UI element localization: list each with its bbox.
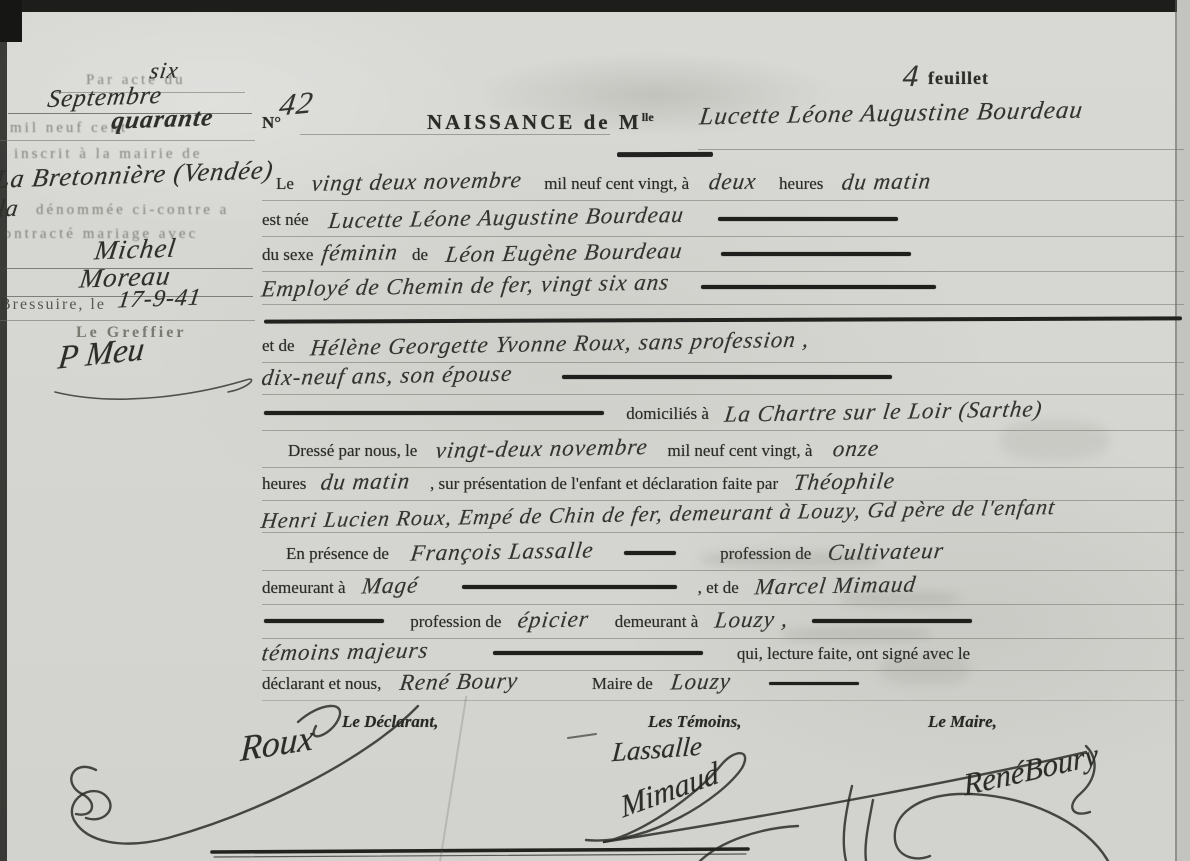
act-line-2: est née Lucette Léone Augustine Bourdeau [262,202,1184,237]
printed-le: Le [276,174,294,193]
declarant-signature: Roux [239,716,314,770]
hw-du-matin: du matin [840,165,933,199]
hw-child-name: Lucette Léone Augustine Bourdeau [327,199,686,237]
margin-printed-bressuire-le: Bressuire, le [0,296,106,314]
hw-father-name: Léon Eugène Bourdeau [444,235,685,271]
bleed-through-smudge [1000,420,1110,460]
printed-profession-de-2: profession de [410,612,501,631]
hw-domicile: La Chartre sur le Loir (Sarthe) [723,393,1045,431]
blank-line-strike [264,316,1182,323]
printed-et-de-2: , et de [698,578,739,597]
hw-act-hour: onze [831,433,881,466]
hw-sex: féminin [320,236,400,269]
feuillet-label: feuillet [928,68,989,89]
declarant-label: Le Déclarant, [342,712,438,732]
printed-et-de: et de [262,336,295,355]
hw-mother-age: dix-neuf ans, son épouse [260,358,515,394]
printed-demeurant-a-1: demeurant à [262,578,346,597]
printed-en-presence-de: En présence de [286,544,389,563]
feuillet-number-handwritten: 4 [902,58,921,94]
printed-declarant-et-nous: déclarant et nous, [262,674,381,693]
hw-witness-2-residence: Louzy , [712,603,790,636]
margin-hw-la: la [0,196,21,224]
fill-dash [562,375,892,379]
child-name-handwritten: Lucette Léone Augustine Bourdeau [698,97,1085,132]
fill-dash [264,411,604,415]
printed-heures: heures [779,174,823,193]
hw-mother-name: Hélène Georgette Yvonne Roux, sans profe… [308,324,811,365]
act-line-16: déclarant et nous, René Boury Maire de L… [262,666,1184,701]
hw-hour: deux [707,166,758,199]
printed-heures-2: heures [262,474,306,493]
birth-certificate-scan: Par acte du six Septembre mil neuf cent … [0,0,1190,861]
printed-maire-de: Maire de [592,674,653,693]
margin-hw-quarante: quarante [110,104,216,136]
hw-act-date: vingt-deux novembre [433,431,649,467]
hw-du-matin-2: du matin [319,465,412,499]
act-title-superscript: lle [642,110,654,124]
printed-de: de [412,245,428,264]
act-title-text: NAISSANCE de M [427,110,642,134]
fill-dash [264,619,384,623]
fill-dash [721,252,911,256]
hw-father-profession-age: Employé de Chemin de fer, vingt six ans [260,266,672,305]
margin-hw-date-mention: 17-9-41 [116,285,203,315]
scan-edge-top [0,0,1190,12]
hw-mayor-name: René Boury [398,665,520,699]
margin-printed-denommee: dénommée ci-contre a [36,202,229,219]
fill-dash [624,551,676,555]
bleed-through-smudge [700,552,880,567]
printed-demeurant-a-2: demeurant à [615,612,699,631]
hw-witness-1-residence: Magé [360,570,420,603]
fill-dash [718,217,898,221]
act-line-11: Henri Lucien Roux, Empé de Chin de fer, … [262,498,1184,533]
act-line-6: et de Hélène Georgette Yvonne Roux, sans… [262,328,1184,363]
fill-dash [493,651,703,655]
hw-temoins-majeurs: témoins majeurs [260,635,431,670]
hw-mayor-commune: Louzy [669,665,733,698]
printed-du-sexe: du sexe [262,245,313,264]
act-line-3: du sexe féminin de Léon Eugène Bourdeau [262,237,1184,272]
fill-dash [812,619,972,623]
temoins-label: Les Témoins, [648,712,742,732]
fill-dash [462,585,677,589]
printed-year: mil neuf cent vingt, à [544,174,689,193]
printed-dresse-par-nous: Dressé par nous, le [288,441,417,460]
printed-domicilies-a: domiciliés à [626,404,709,423]
act-number-value: 42 [277,84,316,123]
hw-declarant-details: Henri Lucien Roux, Empé de Chin de fer, … [259,491,1057,537]
hw-witness-1-name: François Lassalle [409,534,596,569]
act-line-13: demeurant à Magé , et de Marcel Mimaud [262,570,1184,605]
bleed-through-smudge [840,592,960,605]
paper-crease [439,696,468,861]
hw-witness-2-profession: épicier [516,603,591,636]
scan-edge-left [0,0,7,861]
act-title: NAISSANCE de Mlle [427,110,654,135]
greffier-signature: P Meu [56,331,146,378]
fill-dash [769,682,859,685]
fill-dash [701,285,936,289]
act-line-14: profession de épicier demeurant à Louzy … [262,604,1184,639]
maire-signature: RenéBoury [962,736,1099,803]
maire-label: Le Maire, [928,712,997,732]
margin-hw-six: six [148,58,180,85]
printed-act-year: mil neuf cent vingt, à [668,441,813,460]
printed-est-nee: est née [262,210,309,229]
printed-presentation-enfant: , sur présentation de l'enfant et déclar… [430,474,778,493]
act-line-7: dix-neuf ans, son épouse [262,360,1184,395]
bleed-through-smudge [880,655,970,685]
scan-edge-corner [0,0,22,42]
act-line-1: Le vingt deux novembre mil neuf cent vin… [262,166,1184,201]
hw-birth-date: vingt deux novembre [310,164,524,200]
bleed-through-smudge [782,628,932,641]
act-line-4: Employé de Chemin de fer, vingt six ans [262,270,1184,305]
